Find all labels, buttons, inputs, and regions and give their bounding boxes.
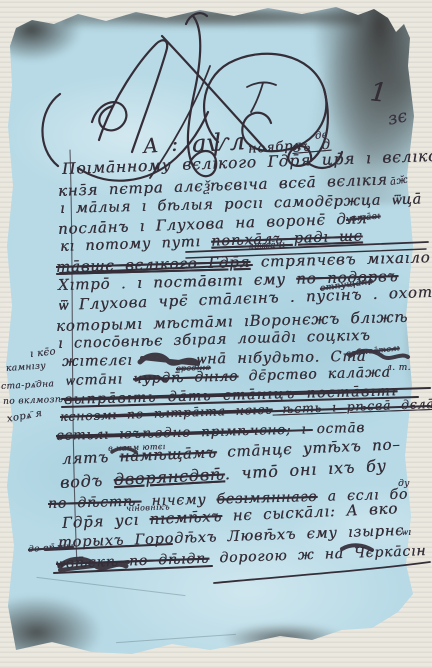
line-text: ; ı оста̄в [286, 420, 365, 438]
paper-crease [36, 577, 185, 596]
line-text: водъ [60, 470, 115, 492]
interlinear-insertion: л. т. [386, 363, 411, 373]
interlinear-insertion: лєжа̄чı [248, 240, 286, 252]
interlinear-insertion: чıновнıкъ [126, 502, 170, 513]
header-day-superscript: дє [314, 130, 328, 142]
page-number: 1 [368, 77, 388, 109]
stain-top-left [0, 8, 82, 62]
interlinear-insertion: ду [398, 479, 410, 489]
line-text: жıтєлєı [62, 353, 143, 370]
header-tail-flourish: зє [386, 106, 409, 130]
header-initial: А : [142, 132, 179, 158]
interlinear-insertion: ѡı [402, 527, 411, 538]
paper-crease [116, 634, 236, 643]
line-text: ѡста̄нı [66, 371, 134, 389]
book-page-background: 1 А : аѱл ноября въ д дє зє Поıма̄нному … [0, 0, 432, 668]
stain-bottom-center [216, 622, 352, 652]
stain-bottom-left [0, 594, 104, 658]
interlinear-insertion: срєднıо [176, 363, 211, 373]
stain-top-edge [62, 6, 362, 32]
line-text: ѡна̄ нıбудьто. [197, 349, 331, 367]
margin-note: по вклмозѣ [3, 395, 63, 407]
line-text: Гдр̄я усı [62, 510, 150, 532]
line-text: дє̄рство кала̄жа [238, 365, 391, 385]
